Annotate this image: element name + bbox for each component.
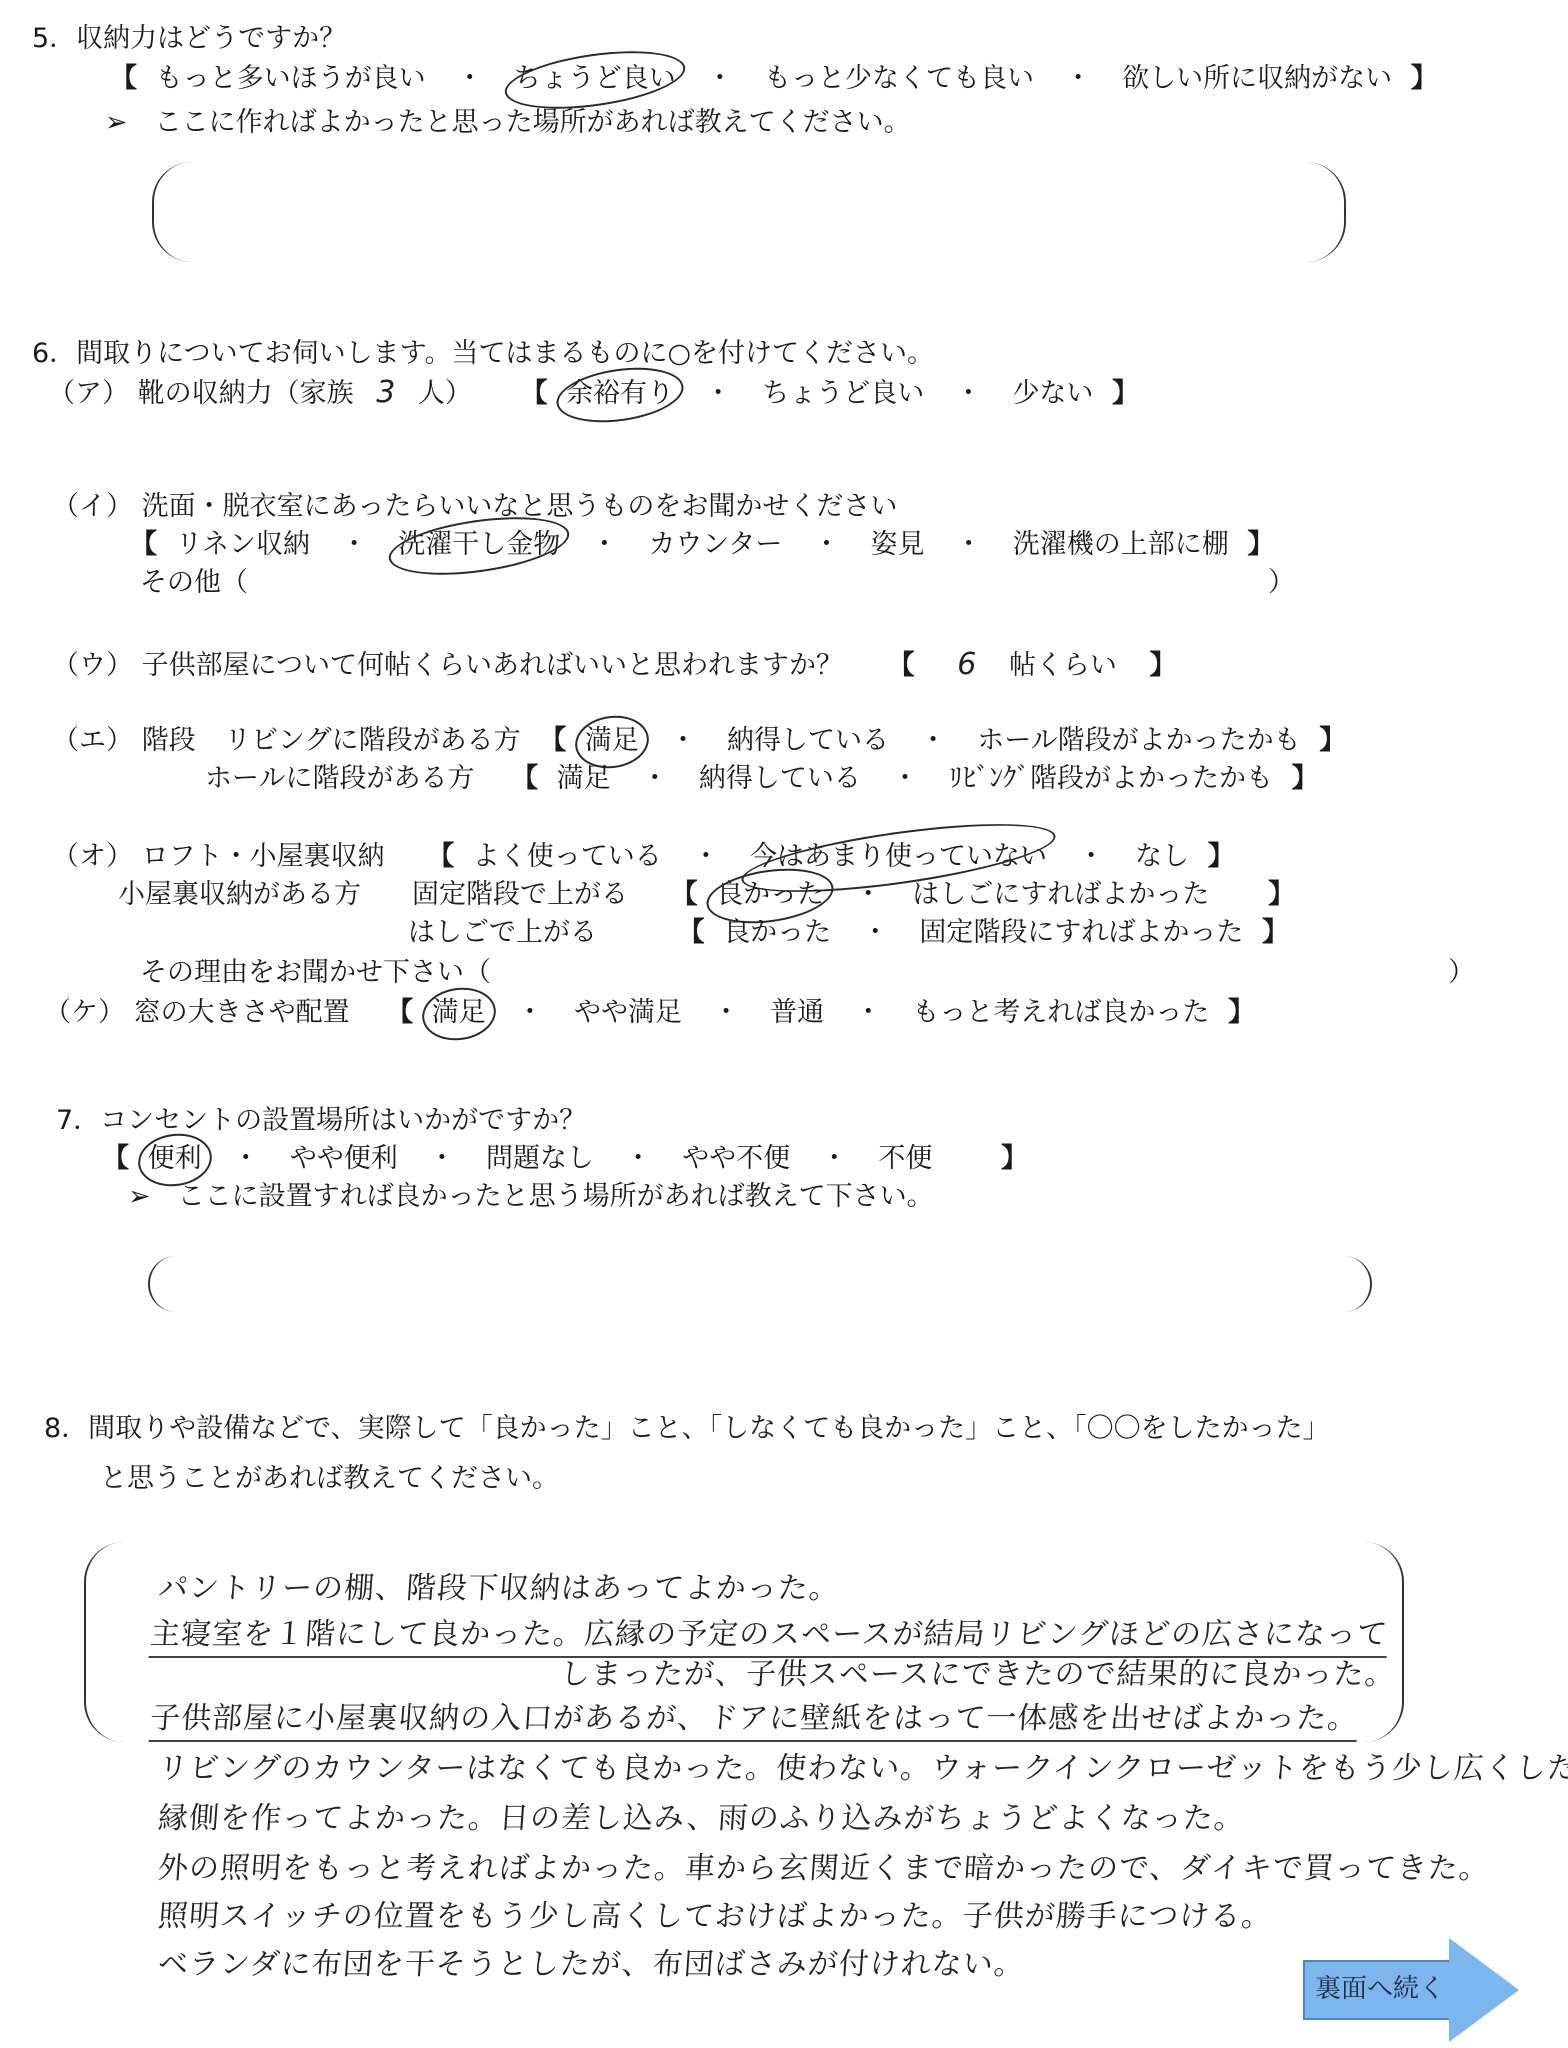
q7-option-no-problem[interactable]: 問題なし xyxy=(486,1142,594,1176)
bracket-close: 】 xyxy=(1292,762,1319,796)
separator: ・ xyxy=(341,528,368,562)
q8-answer-line: しまったが、子供スペースにできたので結果的に良かった。 xyxy=(559,1656,1397,1694)
q5-option-less[interactable]: もっと少なくても良い xyxy=(764,62,1034,96)
separator: ・ xyxy=(855,996,882,1030)
separator: ・ xyxy=(891,762,918,796)
q7-options: 【 便利 ・ やや便利 ・ 問題なし ・ やや不便 ・ 不便 】 xyxy=(92,1142,1038,1176)
bracket-open: 【 xyxy=(888,649,915,683)
q6-i-option-linen[interactable]: リネン収納 xyxy=(176,528,310,562)
q6-o-row1-label: 固定階段で上がる xyxy=(412,879,628,910)
q6-a-text-after: 人） xyxy=(418,378,472,409)
bracket-close: 】 xyxy=(1001,1142,1028,1176)
q5-prompt: ➢ ここに作ればよかったと思った場所があれば教えてください。 xyxy=(105,106,911,140)
q6-i-other-close: ） xyxy=(1268,566,1295,600)
q7-prompt: ➢ ここに設置すれば良かったと思う場所があれば教えて下さい。 xyxy=(128,1180,934,1214)
q8-answer-line: 外の照明をもっと考えればよかった。車から玄関近くまで暗かったので、ダイキで買って… xyxy=(157,1850,1491,1888)
bracket-close: 】 xyxy=(1150,649,1177,683)
q6-o-sub-label: 小屋裏収納がある方 xyxy=(118,878,361,912)
q5-options: 【 もっと多いほうが良い ・ ちょうど良い ・ もっと少なくても良い ・ 欲しい… xyxy=(100,62,1448,96)
bracket-open: 【 xyxy=(671,878,698,912)
separator: ・ xyxy=(920,724,947,758)
q6-o-option-often[interactable]: よく使っている xyxy=(473,840,662,874)
q7-option-somewhat-convenient[interactable]: やや便利 xyxy=(290,1142,398,1176)
q6-u-row: （ウ） 子供部屋について何帖くらいあればいいと思われますか？ 【 6 帖くらい … xyxy=(52,648,1187,683)
q6-i-label: （イ） xyxy=(52,491,133,522)
q6-i-option-mirror[interactable]: 姿見 xyxy=(871,528,925,562)
separator: ・ xyxy=(516,996,543,1030)
q6-o-row1-option-good[interactable]: 良かった xyxy=(716,878,824,912)
q8-title-line1: 8．間取りや設備などで、実際して「良かった」こと、「しなくても良かった」こと、「… xyxy=(44,1412,1330,1446)
continue-label: 裏面へ続く xyxy=(1315,1968,1445,2005)
bracket-close: 】 xyxy=(1208,840,1235,874)
bracket-open: 【 xyxy=(511,762,538,796)
q6-u-answer-unit: 帖くらい xyxy=(1009,650,1117,681)
separator: ・ xyxy=(591,528,618,562)
q6-o-reason-label: その理由をお聞かせ下さい（ xyxy=(140,956,491,990)
q6-e-row2: ホールに階段がある方 【 満足 ・ 納得している ・ ﾘﾋﾞﾝｸﾞ階段がよかった… xyxy=(205,762,1329,796)
bracket-open: 【 xyxy=(539,724,566,758)
q5-answer-box[interactable] xyxy=(152,162,1346,262)
q6-o-label: （オ） xyxy=(52,841,133,872)
q6-ke-option-satisfied[interactable]: 満足 xyxy=(432,996,486,1030)
q6-u-answer-value[interactable]: 6 xyxy=(957,647,976,682)
q5-option-missing[interactable]: 欲しい所に収納がない xyxy=(1122,62,1392,96)
q6-i-question-row: （イ） 洗面・脱衣室にあったらいいなと思うものをお聞かせください xyxy=(52,490,897,524)
q6-e-row1: （エ） 階段 リビングに階段がある方 【 満足 ・ 納得している ・ ホール階段… xyxy=(52,724,1356,758)
q5-title: 5．収納力はどうですか？ xyxy=(32,22,346,56)
q7-option-inconvenient[interactable]: 不便 xyxy=(878,1142,932,1176)
q6-e-row2-option-accepting[interactable]: 納得している xyxy=(699,762,861,796)
q6-o-option-none[interactable]: なし xyxy=(1135,840,1189,874)
q6-o-row1-option-ladder[interactable]: はしごにすればよかった xyxy=(912,878,1209,912)
q6-title: 6．間取りについてお伺いします。当てはまるものに○を付けてください。 xyxy=(32,337,934,371)
separator: ・ xyxy=(955,528,982,562)
q6-o-row1: 固定階段で上がる 【 良かった ・ はしごにすればよかった 】 xyxy=(412,878,1305,912)
q6-o-reason-input[interactable] xyxy=(520,956,1420,990)
q6-i-option-counter[interactable]: カウンター xyxy=(648,528,782,562)
bracket-open: 【 xyxy=(520,377,547,411)
bracket-open: 【 xyxy=(427,840,454,874)
q6-a-option-ample[interactable]: 余裕有り xyxy=(566,377,674,411)
q6-ke-option-somewhat[interactable]: やや満足 xyxy=(574,996,682,1030)
q6-o-reason-close: ） xyxy=(1448,956,1475,990)
q6-o-row2: はしごで上がる 【 良かった ・ 固定階段にすればよかった 】 xyxy=(408,916,1299,950)
q6-u-label: （ウ） xyxy=(52,650,133,681)
q8-answer-line: ベランダに布団を干そうとしたが、布団ばさみが付けれない。 xyxy=(157,1946,1026,1984)
q6-o-row: （オ） ロフト・小屋裏収納 【 よく使っている ・ 今はあまり使っていない ・ … xyxy=(52,840,1245,874)
separator: ・ xyxy=(669,724,696,758)
q6-a-row: （ア） 靴の収納力（家族 3 人） 【 余裕有り ・ ちょうど良い ・ 少ない … xyxy=(48,376,1149,411)
bracket-close: 】 xyxy=(1319,724,1346,758)
bracket-open: 【 xyxy=(102,1142,129,1176)
bracket-open: 【 xyxy=(386,996,413,1030)
q6-ke-topic: 窓の大きさや配置 xyxy=(134,997,350,1028)
bracket-open: 【 xyxy=(110,62,137,96)
q7-option-somewhat-inconvenient[interactable]: やや不便 xyxy=(682,1142,790,1176)
arrow-head-icon xyxy=(1449,1938,1519,2042)
separator: ・ xyxy=(955,377,982,411)
separator: ・ xyxy=(706,62,733,96)
q8-answer-line: パントリーの棚、階段下収納はあってよかった。 xyxy=(157,1570,841,1608)
q6-e-label: （エ） xyxy=(52,725,133,756)
bracket-close: 】 xyxy=(1411,62,1438,96)
separator: ・ xyxy=(428,1142,455,1176)
q6-e-topic: 階段 xyxy=(142,725,196,756)
q6-e-row1-option-satisfied[interactable]: 満足 xyxy=(585,724,639,758)
separator: ・ xyxy=(855,878,882,912)
q6-e-row2-option-satisfied[interactable]: 満足 xyxy=(557,762,611,796)
q6-a-text: 靴の収納力（家族 xyxy=(138,378,354,409)
bracket-open: 【 xyxy=(130,528,157,562)
bracket-close: 】 xyxy=(1247,528,1274,562)
q6-i-options: 【 リネン収納 ・ 洗濯干し金物 ・ カウンター ・ 姿見 ・ 洗濯機の上部に棚… xyxy=(120,528,1284,562)
continue-arrow[interactable]: 裏面へ続く xyxy=(1303,1938,1523,2038)
q6-a-option-just-right[interactable]: ちょうど良い xyxy=(762,377,924,411)
bracket-close: 】 xyxy=(1112,377,1139,411)
separator: ・ xyxy=(232,1142,259,1176)
q8-answer-line: 主寝室を１階にして良かった。広縁の予定のスペースが結局リビングほどの広さになって xyxy=(149,1616,1390,1658)
separator: ・ xyxy=(713,996,740,1030)
bracket-open: 【 xyxy=(678,916,705,950)
q6-a-family-count[interactable]: 3 xyxy=(376,375,395,410)
q5-option-just-right[interactable]: ちょうど良い xyxy=(514,62,676,96)
separator: ・ xyxy=(862,916,889,950)
q6-o-row2-option-good[interactable]: 良かった xyxy=(723,916,831,950)
q6-i-other-input[interactable] xyxy=(270,566,1250,600)
separator: ・ xyxy=(1078,840,1105,874)
separator: ・ xyxy=(705,377,732,411)
separator: ・ xyxy=(1065,62,1092,96)
q6-e-row1-option-accepting[interactable]: 納得している xyxy=(727,724,889,758)
separator: ・ xyxy=(813,528,840,562)
q7-title: 7．コンセントの設置場所はいかがですか？ xyxy=(56,1104,586,1138)
bracket-close: 】 xyxy=(1228,996,1255,1030)
q6-o-topic: ロフト・小屋裏収納 xyxy=(142,841,385,872)
q8-title-line2: と思うことがあれば教えてください。 xyxy=(100,1462,559,1496)
bracket-close: 】 xyxy=(1262,916,1289,950)
q6-ke-option-normal[interactable]: 普通 xyxy=(770,996,824,1030)
q8-answer-line: 子供部屋に小屋裏収納の入口があるが、ドアに壁紙をはって一体感を出せばよかった。 xyxy=(149,1700,1360,1742)
q6-e-row2-label: ホールに階段がある方 xyxy=(205,763,474,794)
separator: ・ xyxy=(692,840,719,874)
separator: ・ xyxy=(625,1142,652,1176)
q6-i-option-shelf[interactable]: 洗濯機の上部に棚 xyxy=(1013,528,1229,562)
separator: ・ xyxy=(456,62,483,96)
q6-e-row1-label: リビングに階段がある方 xyxy=(224,725,520,756)
q6-ke-row: （ケ） 窓の大きさや配置 【 満足 ・ やや満足 ・ 普通 ・ もっと考えれば良… xyxy=(44,996,1265,1030)
q7-option-convenient[interactable]: 便利 xyxy=(148,1142,202,1176)
q7-answer-box[interactable] xyxy=(148,1256,1372,1312)
q6-i-option-laundry-hanger[interactable]: 洗濯干し金物 xyxy=(398,528,560,562)
q6-a-label: （ア） xyxy=(48,378,129,409)
q8-answer-line: リビングのカウンターはなくても良かった。使わない。ウォークインクローゼットをもう… xyxy=(157,1750,1568,1788)
q8-answer-line: 照明スイッチの位置をもう少し高くしておけばよかった。子供が勝手につける。 xyxy=(157,1898,1274,1936)
q6-ke-label: （ケ） xyxy=(44,997,125,1028)
q6-a-option-few[interactable]: 少ない xyxy=(1012,377,1093,411)
q6-u-question: 子供部屋について何帖くらいあればいいと思われますか？ xyxy=(142,650,843,681)
q6-ke-option-should-think[interactable]: もっと考えれば良かった xyxy=(912,996,1209,1030)
q5-option-more[interactable]: もっと多いほうが良い xyxy=(156,62,426,96)
bracket-close: 】 xyxy=(1268,878,1295,912)
q6-e-row1-option-hall[interactable]: ホール階段がよかったかも xyxy=(977,724,1300,758)
q8-answer-line: 縁側を作ってよかった。日の差し込み、雨のふり込みがちょうどよくなった。 xyxy=(157,1800,1246,1838)
q6-i-other-label: その他（ xyxy=(140,566,248,600)
q6-e-row2-option-living[interactable]: ﾘﾋﾞﾝｸﾞ階段がよかったかも xyxy=(949,762,1273,796)
separator: ・ xyxy=(641,762,668,796)
separator: ・ xyxy=(821,1142,848,1176)
q6-o-row2-option-fixed[interactable]: 固定階段にすればよかった xyxy=(919,916,1243,950)
q6-o-row2-label: はしごで上がる xyxy=(408,917,597,948)
